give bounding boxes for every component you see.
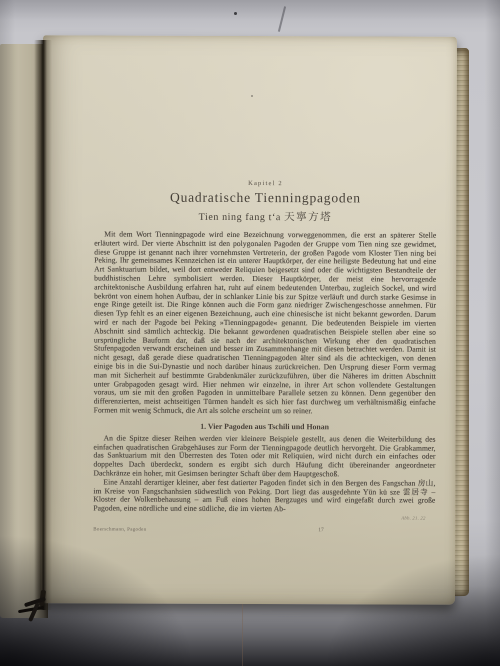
- surface-seam: [242, 604, 243, 666]
- dust-speck: [234, 12, 237, 15]
- page-title: Quadratische Tienningpagoden: [94, 189, 436, 206]
- footer-signature: Boerschmann, Pagoden: [93, 527, 146, 532]
- book-page: Kapitel 2 Quadratische Tienningpagoden T…: [41, 35, 457, 604]
- bookmark-ribbon: [14, 588, 66, 632]
- margin-note: Abb. 21. 22: [401, 517, 425, 522]
- gutter-crease: [34, 40, 52, 610]
- section-heading: 1. Vier Pagoden aus Tschili und Honan: [94, 421, 436, 431]
- section-paragraph: An die Spitze dieser Reihen werden vier …: [93, 434, 435, 479]
- book-photo-scene: Kapitel 2 Quadratische Tienningpagoden T…: [0, 0, 500, 666]
- page-subtitle: Tien ning fang t‘a 天寧方塔: [94, 208, 436, 224]
- chapter-label: Kapitel 2: [94, 179, 436, 187]
- dust-hair: [278, 6, 286, 32]
- dust-speck: [251, 95, 253, 97]
- page-text-block: Kapitel 2 Quadratische Tienningpagoden T…: [93, 179, 436, 514]
- subtitle-romanization: Tien ning fang t‘a: [199, 212, 281, 223]
- section-paragraph: Eine Anzahl derartiger kleiner, aber fes…: [93, 478, 435, 514]
- subtitle-chinese-characters: 天寧方塔: [284, 212, 332, 223]
- footer-page-number: 17: [318, 527, 324, 533]
- intro-paragraph: Mit dem Wort Tienningpagode wird eine Be…: [94, 230, 437, 416]
